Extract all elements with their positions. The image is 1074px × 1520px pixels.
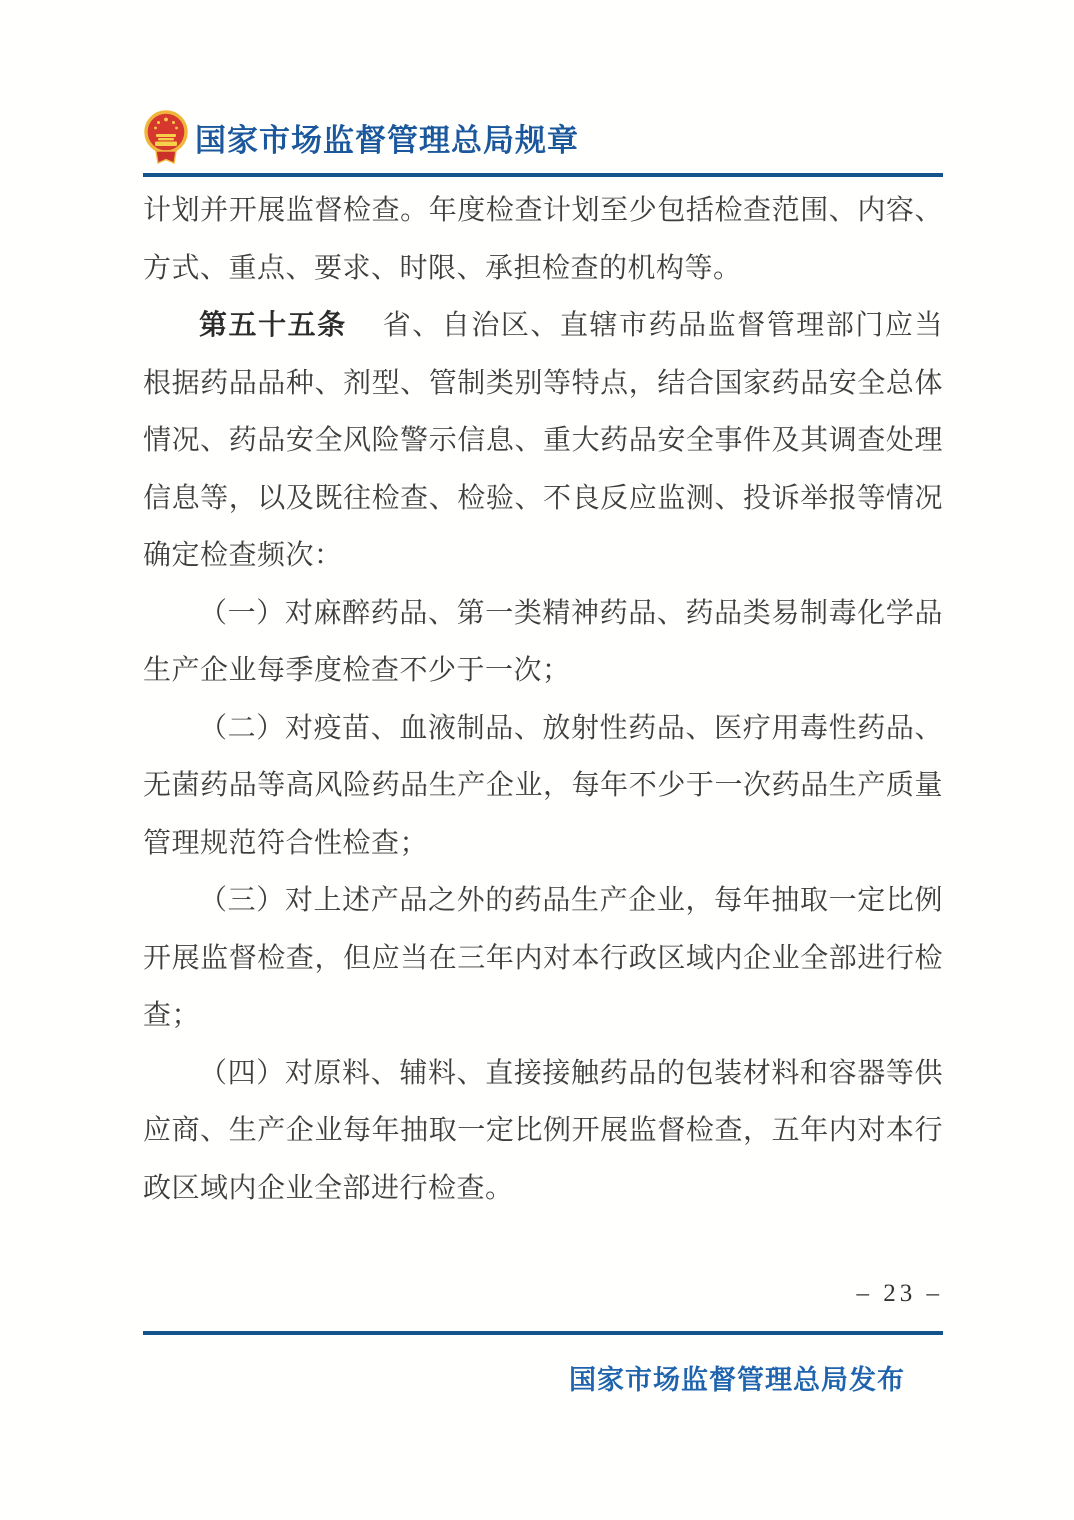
paragraph: （二）对疫苗、血液制品、放射性药品、医疗用毒性药品、无菌药品等高风险药品生产企业… [143,700,943,873]
paragraph: （三）对上述产品之外的药品生产企业，每年抽取一定比例开展监督检查，但应当在三年内… [143,872,943,1045]
header-rule [143,173,943,177]
paragraph: （四）对原料、辅料、直接接触药品的包装材料和容器等供应商、生产企业每年抽取一定比… [143,1045,943,1218]
page-number: – 23 – [143,1280,943,1308]
document-body: 计划并开展监督检查。年度检查计划至少包括检查范围、内容、方式、重点、要求、时限、… [143,182,943,1217]
document-page: 国家市场监督管理总局规章 计划并开展监督检查。年度检查计划至少包括检查范围、内容… [0,0,1074,1520]
paragraph: 第五十五条省、自治区、直辖市药品监督管理部门应当根据药品品种、剂型、管制类别等特… [143,297,943,585]
paragraph: （一）对麻醉药品、第一类精神药品、药品类易制毒化学品生产企业每季度检查不少于一次… [143,585,943,700]
footer-rule [143,1331,943,1335]
national-emblem-icon [143,110,189,164]
page-header: 国家市场监督管理总局规章 [143,110,943,164]
article-number: 第五十五条 [199,310,347,341]
header-title: 国家市场监督管理总局规章 [195,115,579,160]
paragraph: 计划并开展监督检查。年度检查计划至少包括检查范围、内容、方式、重点、要求、时限、… [143,182,943,297]
footer-publisher: 国家市场监督管理总局发布 [143,1358,905,1397]
